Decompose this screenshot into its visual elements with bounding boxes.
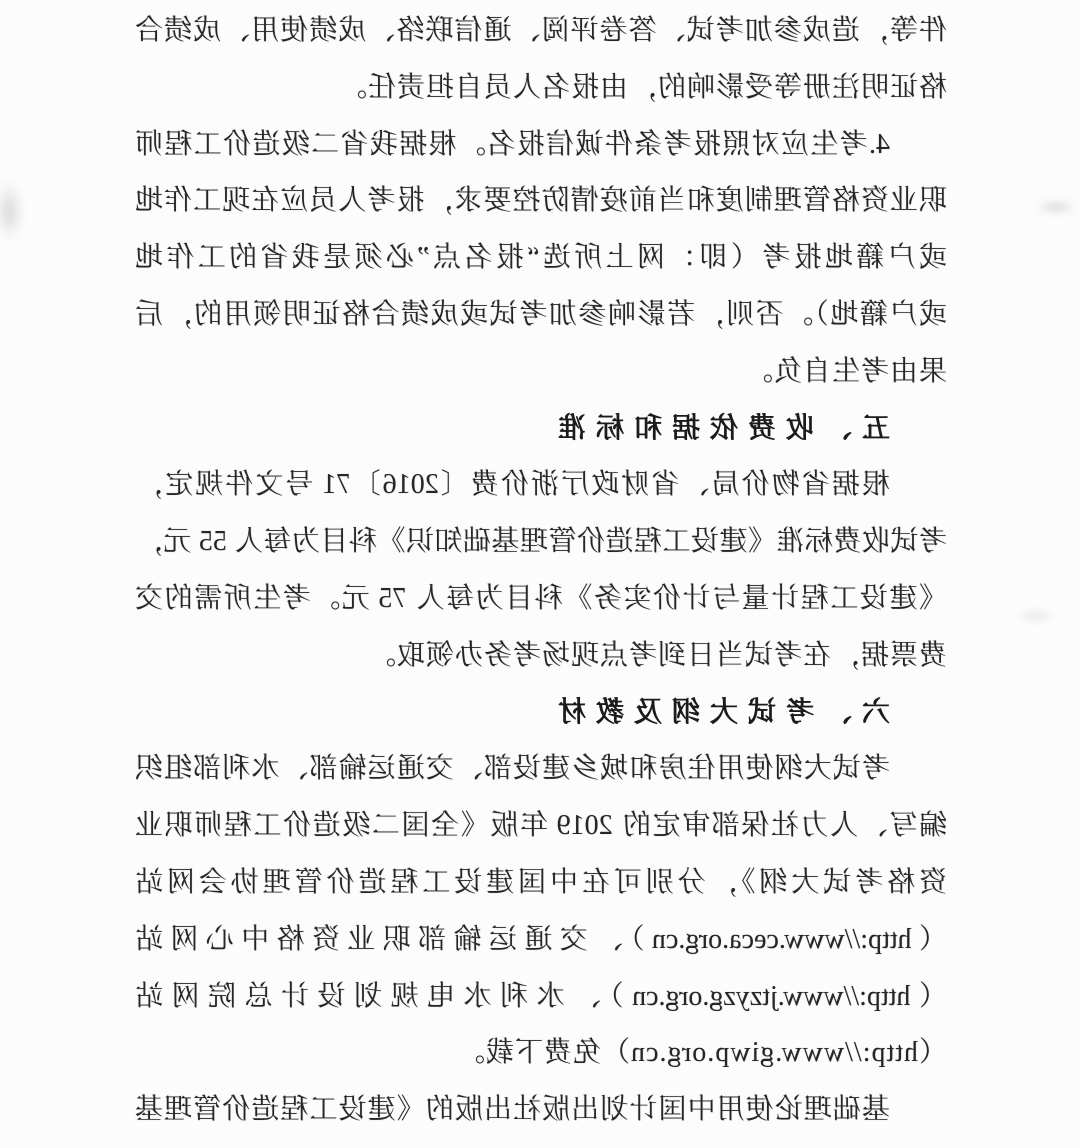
doc-line: 《建设工程计量与计价实务》科目为每人 75 元。考生所需的交 xyxy=(135,571,947,628)
doc-line: 件等，造成参加考试、答卷评阅、通信联络、成绩使用、成绩合 xyxy=(135,3,947,60)
doc-line: （http://www.giwp.org.cn）免费下载。 xyxy=(135,1025,947,1082)
doc-line: 编写、人力社保部审定的 2019 年版《全国二级造价工程师职业 xyxy=(135,798,947,855)
photographed-document-page: 件等，造成参加考试、答卷评阅、通信联络、成绩使用、成绩合格证明注册等受影响的，由… xyxy=(0,0,1080,1148)
doc-line: 格证明注册等受影响的，由报名人员自担责任。 xyxy=(135,60,947,117)
section-heading: 五、收费依据和标准 xyxy=(135,401,947,458)
doc-line: 或户籍地）。否则，若影响参加考试或成绩合格证明领用的，后 xyxy=(135,287,947,344)
doc-line: 基础理论使用中国计划出版社出版的《建设工程造价管理基 xyxy=(135,1082,947,1139)
doc-line: 或户籍地报考（即：网上所选“报名点”必须是我省的工作地 xyxy=(135,230,947,287)
doc-line: （http://www.ceca.org.cn）、交通运输部职业资格中心网站 xyxy=(135,912,947,969)
doc-line: 职业资格管理制度和当前疫情防控要求，报考人员应在现工作地 xyxy=(135,173,947,230)
doc-line: 费票据，在考试当日到考点现场考务办领取。 xyxy=(135,628,947,685)
doc-line: 资格考试大纲》，分别可在中国建设工程造价管理协会网站 xyxy=(135,855,947,912)
document-body: 件等，造成参加考试、答卷评阅、通信联络、成绩使用、成绩合格证明注册等受影响的，由… xyxy=(135,3,947,1139)
doc-line: 根据省物价局、省财政厅浙价费〔2016〕71 号文件规定， xyxy=(135,457,947,514)
doc-line: 4.考生应对照报考条件诚信报名。根据我省二级造价工程师 xyxy=(135,117,947,174)
mirrored-photo-wrapper: 件等，造成参加考试、答卷评阅、通信联络、成绩使用、成绩合格证明注册等受影响的，由… xyxy=(0,0,1080,1148)
doc-line: 考试大纲使用住房和城乡建设部、交通运输部、水利部组织 xyxy=(135,741,947,798)
doc-line: 果由考生自负。 xyxy=(135,344,947,401)
doc-line: 考试收费标准《建设工程造价管理基础知识》科目为每人 55 元， xyxy=(135,514,947,571)
section-heading: 六、考试大纲及教材 xyxy=(135,685,947,742)
doc-line: （http://www.jtzyzg.org.cn）、水利水电规划设计总院网站 xyxy=(135,969,947,1026)
